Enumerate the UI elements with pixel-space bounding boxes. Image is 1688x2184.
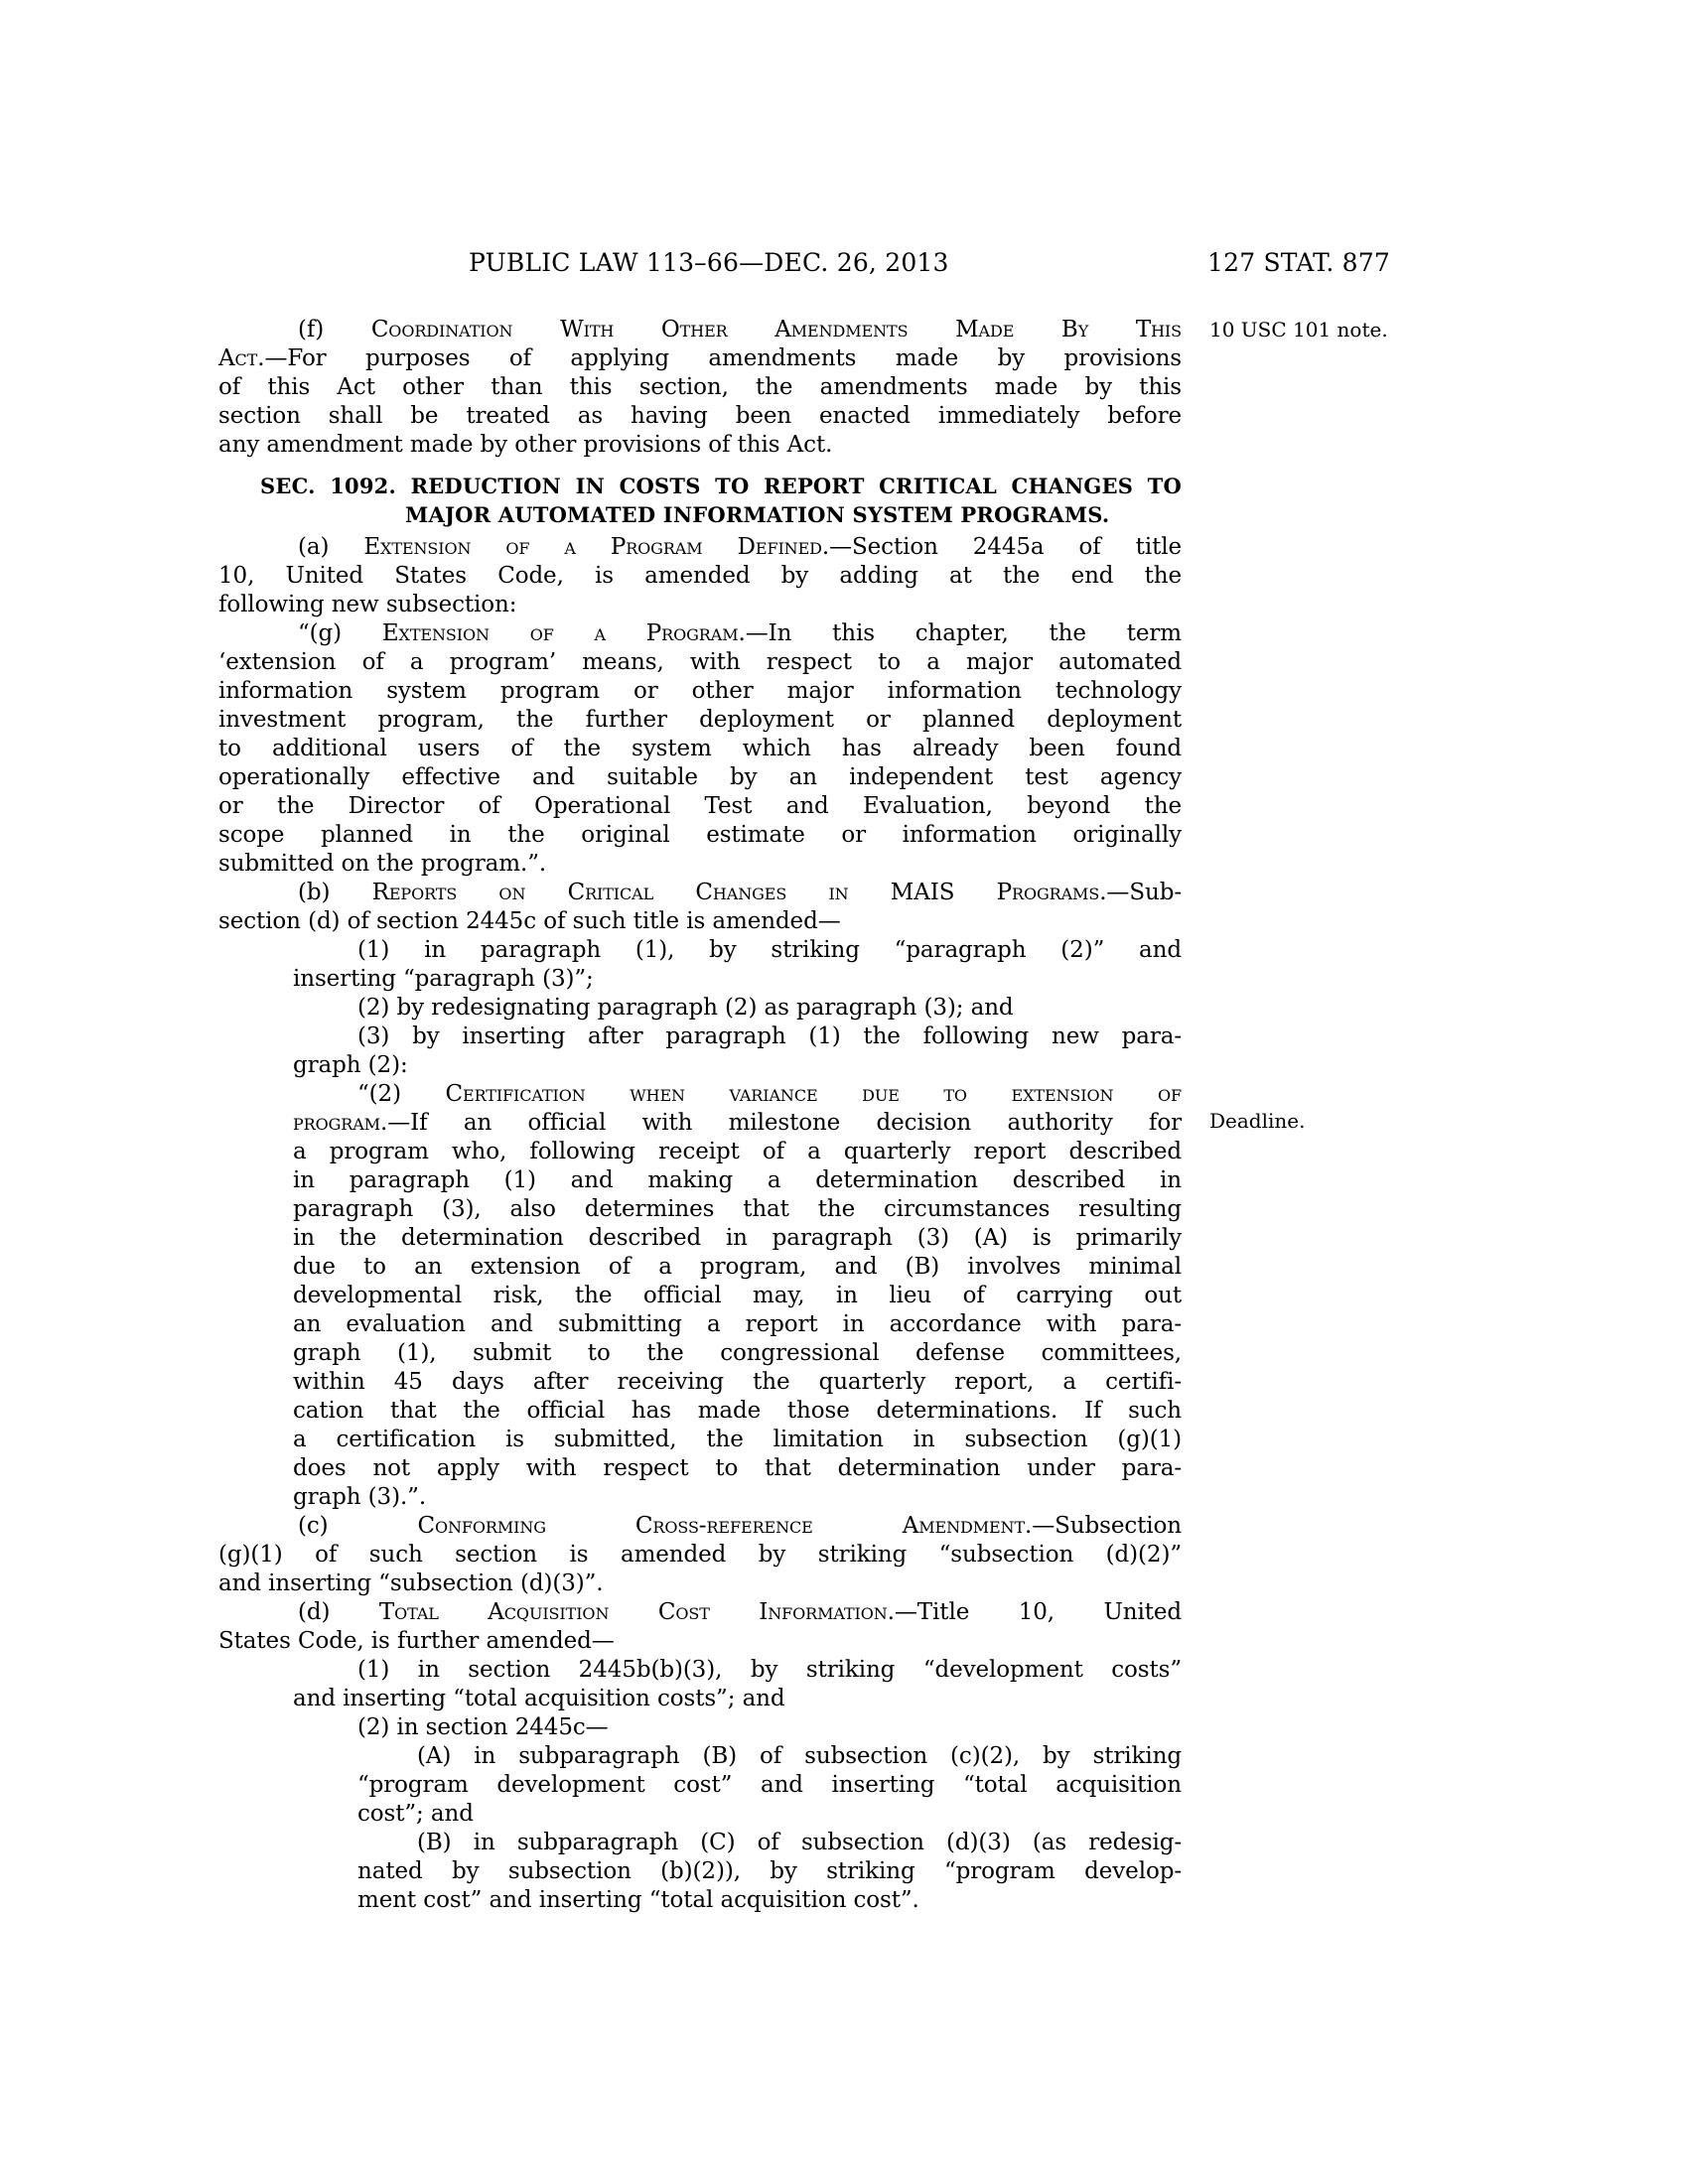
- body-text: or the Director of Operational Test and …: [218, 793, 1182, 819]
- text-line: (g)(1) of such section is amended by str…: [218, 1541, 1182, 1570]
- text-line: an evaluation and submitting a report in…: [218, 1310, 1182, 1339]
- small-caps-text: Certification when variance due to exten…: [446, 1081, 1183, 1107]
- body-text: (d): [298, 1599, 379, 1625]
- text-line: in the determination described in paragr…: [218, 1224, 1182, 1253]
- body-text: (b): [298, 880, 372, 905]
- small-caps-text: Extension of a Program.: [382, 620, 746, 646]
- body-text: graph (2):: [293, 1052, 408, 1078]
- text-line: ‘extension of a program’ means, with res…: [218, 648, 1182, 677]
- small-caps-text: Conforming Cross-reference Amendment.: [417, 1513, 1032, 1539]
- text-line: Act.—For purposes of applying amendments…: [218, 344, 1182, 373]
- text-line: (1) in section 2445b(b)(3), by striking …: [218, 1656, 1182, 1685]
- document-page: PUBLIC LAW 113–66—DEC. 26, 2013 127 STAT…: [0, 0, 1688, 2184]
- body-text: scope planned in the original estimate o…: [218, 822, 1182, 848]
- text-line: to additional users of the system which …: [218, 735, 1182, 763]
- body-text: (c): [298, 1513, 417, 1539]
- text-line: (2) in section 2445c—: [218, 1713, 1182, 1742]
- body-text: graph (1), submit to the congressional d…: [293, 1340, 1182, 1366]
- body-text: of this Act other than this section, the…: [218, 374, 1182, 400]
- body-text: nated by subsection (b)(2)), by striking…: [357, 1858, 1182, 1884]
- heading-line: SEC. 1092. REDUCTION IN COSTS TO REPORT …: [218, 472, 1182, 500]
- body-text: any amendment made by other provisions o…: [218, 432, 832, 458]
- text-line: (B) in subparagraph (C) of subsection (d…: [218, 1829, 1182, 1857]
- body-text: section shall be treated as having been …: [218, 403, 1182, 429]
- body-text: in the determination described in paragr…: [293, 1225, 1182, 1251]
- body-text: (3) by inserting after paragraph (1) the…: [357, 1024, 1182, 1049]
- body-text: (1) in paragraph (1), by striking “parag…: [357, 937, 1182, 963]
- body-text: (2) by redesignating paragraph (2) as pa…: [357, 995, 1014, 1021]
- small-caps-text: Act.: [218, 345, 264, 371]
- text-line: graph (3).”.: [218, 1483, 1182, 1512]
- text-line: cation that the official has made those …: [218, 1397, 1182, 1426]
- body-text: ment cost” and inserting “total acquisit…: [357, 1887, 919, 1913]
- body-text: and inserting “subsection (d)(3)”.: [218, 1570, 603, 1596]
- text-line: “(2) Certification when variance due to …: [218, 1080, 1182, 1109]
- text-line: submitted on the program.”.: [218, 850, 1182, 879]
- body-text: section (d) of section 2445c of such tit…: [218, 908, 841, 934]
- text-line: “program development cost” and inserting…: [218, 1771, 1182, 1800]
- text-line: a certification is submitted, the limita…: [218, 1426, 1182, 1454]
- body-text: cost”; and: [357, 1801, 474, 1827]
- body-text: States Code, is further amended—: [218, 1628, 615, 1654]
- text-line: ment cost” and inserting “total acquisit…: [218, 1886, 1182, 1915]
- header-stat-page: 127 STAT. 877: [1172, 248, 1390, 277]
- text-line: and inserting “total acquisition costs”;…: [218, 1685, 1182, 1713]
- text-line: (2) by redesignating paragraph (2) as pa…: [218, 994, 1182, 1023]
- body-text: due to an extension of a program, and (B…: [293, 1254, 1182, 1280]
- body-text: “(2): [357, 1081, 446, 1107]
- text-line: nated by subsection (b)(2)), by striking…: [218, 1857, 1182, 1886]
- body-text: (2) in section 2445c—: [357, 1714, 609, 1740]
- body-text: submitted on the program.”.: [218, 851, 546, 877]
- text-line: information system program or other majo…: [218, 677, 1182, 706]
- body-text: investment program, the further deployme…: [218, 707, 1182, 733]
- text-line: inserting “paragraph (3)”;: [218, 965, 1182, 994]
- body-text: following new subsection:: [218, 592, 516, 617]
- body-text: inserting “paragraph (3)”;: [293, 966, 594, 992]
- text-line: in paragraph (1) and making a determinat…: [218, 1166, 1182, 1195]
- text-line: (a) Extension of a Program Defined.—Sect…: [218, 533, 1182, 562]
- margin-note-deadline: Deadline.: [1209, 1109, 1477, 1133]
- text-line: 10, United States Code, is amended by ad…: [218, 562, 1182, 591]
- text-line: program.—If an official with milestone d…: [218, 1109, 1182, 1138]
- text-line: (1) in paragraph (1), by striking “parag…: [218, 936, 1182, 965]
- margin-note-usc: 10 USC 101 note.: [1209, 318, 1477, 341]
- body-text: 10, United States Code, is amended by ad…: [218, 563, 1182, 589]
- body-text: —In this chapter, the term: [746, 620, 1182, 646]
- body-text: —If an official with milestone decision …: [387, 1110, 1182, 1136]
- body-text: and inserting “total acquisition costs”;…: [293, 1686, 785, 1711]
- text-line: (c) Conforming Cross-reference Amendment…: [218, 1512, 1182, 1541]
- body-text: —Title 10, United: [895, 1599, 1182, 1625]
- body-text: (A) in subparagraph (B) of subsection (c…: [417, 1743, 1182, 1769]
- text-line: a program who, following receipt of a qu…: [218, 1138, 1182, 1166]
- text-line: States Code, is further amended—: [218, 1627, 1182, 1656]
- body-text: (1) in section 2445b(b)(3), by striking …: [357, 1657, 1182, 1683]
- text-line: (f) Coordination With Other Amendments M…: [218, 316, 1182, 344]
- body-text: (f): [298, 317, 371, 342]
- body-text: paragraph (3), also determines that the …: [293, 1196, 1182, 1222]
- text-line: does not apply with respect to that dete…: [218, 1454, 1182, 1483]
- header-law-title: PUBLIC LAW 113–66—DEC. 26, 2013: [469, 248, 949, 277]
- text-line: within 45 days after receiving the quart…: [218, 1368, 1182, 1397]
- text-block: (f) Coordination With Other Amendments M…: [218, 316, 1182, 1915]
- body-text: —For purposes of applying amendments mad…: [264, 345, 1182, 371]
- body-text: MAJOR AUTOMATED INFORMATION SYSTEM PROGR…: [405, 502, 1109, 527]
- body-text: SEC. 1092. REDUCTION IN COSTS TO REPORT …: [260, 474, 1182, 498]
- body-text: does not apply with respect to that dete…: [293, 1455, 1182, 1481]
- body-text: an evaluation and submitting a report in…: [293, 1311, 1182, 1337]
- body-text: operationally effective and suitable by …: [218, 764, 1182, 790]
- text-line: investment program, the further deployme…: [218, 706, 1182, 735]
- body-text: —Sub-: [1106, 880, 1182, 905]
- text-line: operationally effective and suitable by …: [218, 763, 1182, 792]
- small-caps-text: program.: [293, 1110, 387, 1136]
- text-line: (b) Reports on Critical Changes in MAIS …: [218, 879, 1182, 907]
- body-text: a certification is submitted, the limita…: [293, 1427, 1182, 1452]
- text-line: (d) Total Acquisition Cost Information.—…: [218, 1598, 1182, 1627]
- body-text: (a): [298, 534, 363, 560]
- text-line: (A) in subparagraph (B) of subsection (c…: [218, 1742, 1182, 1771]
- body-text: in paragraph (1) and making a determinat…: [293, 1167, 1182, 1193]
- text-line: scope planned in the original estimate o…: [218, 821, 1182, 850]
- small-caps-text: Coordination With Other Amendments Made …: [371, 317, 1182, 342]
- text-line: due to an extension of a program, and (B…: [218, 1253, 1182, 1282]
- text-line: “(g) Extension of a Program.—In this cha…: [218, 619, 1182, 648]
- body-text: to additional users of the system which …: [218, 736, 1182, 761]
- body-text: (B) in subparagraph (C) of subsection (d…: [417, 1830, 1182, 1855]
- text-line: of this Act other than this section, the…: [218, 373, 1182, 402]
- text-line: graph (2):: [218, 1051, 1182, 1080]
- body-text: (g)(1) of such section is amended by str…: [218, 1542, 1182, 1568]
- text-line: paragraph (3), also determines that the …: [218, 1195, 1182, 1224]
- body-text: a program who, following receipt of a qu…: [293, 1139, 1182, 1164]
- body-text: cation that the official has made those …: [293, 1398, 1182, 1424]
- heading-line: MAJOR AUTOMATED INFORMATION SYSTEM PROGR…: [218, 500, 1182, 529]
- text-line: section (d) of section 2445c of such tit…: [218, 907, 1182, 936]
- text-line: following new subsection:: [218, 591, 1182, 619]
- body-text: “program development cost” and inserting…: [357, 1772, 1182, 1798]
- text-line: graph (1), submit to the congressional d…: [218, 1339, 1182, 1368]
- body-text: within 45 days after receiving the quart…: [293, 1369, 1182, 1395]
- text-line: cost”; and: [218, 1800, 1182, 1829]
- small-caps-text: Reports on Critical Changes in MAIS Prog…: [372, 880, 1107, 905]
- body-text: —Subsection: [1032, 1513, 1182, 1539]
- text-line: or the Director of Operational Test and …: [218, 792, 1182, 821]
- text-line: (3) by inserting after paragraph (1) the…: [218, 1023, 1182, 1051]
- text-line: section shall be treated as having been …: [218, 402, 1182, 431]
- body-text: information system program or other majo…: [218, 678, 1182, 704]
- running-header: PUBLIC LAW 113–66—DEC. 26, 2013 127 STAT…: [0, 248, 1688, 282]
- small-caps-text: Total Acquisition Cost Information.: [379, 1599, 895, 1625]
- small-caps-text: Extension of a Program Defined.: [363, 534, 829, 560]
- text-line: any amendment made by other provisions o…: [218, 431, 1182, 460]
- body-text: —Section 2445a of title: [829, 534, 1182, 560]
- text-line: developmental risk, the official may, in…: [218, 1282, 1182, 1310]
- body-text: “(g): [298, 620, 382, 646]
- body-text: developmental risk, the official may, in…: [293, 1283, 1182, 1308]
- text-line: and inserting “subsection (d)(3)”.: [218, 1570, 1182, 1598]
- body-text: ‘extension of a program’ means, with res…: [218, 649, 1182, 675]
- body-text: graph (3).”.: [293, 1484, 426, 1510]
